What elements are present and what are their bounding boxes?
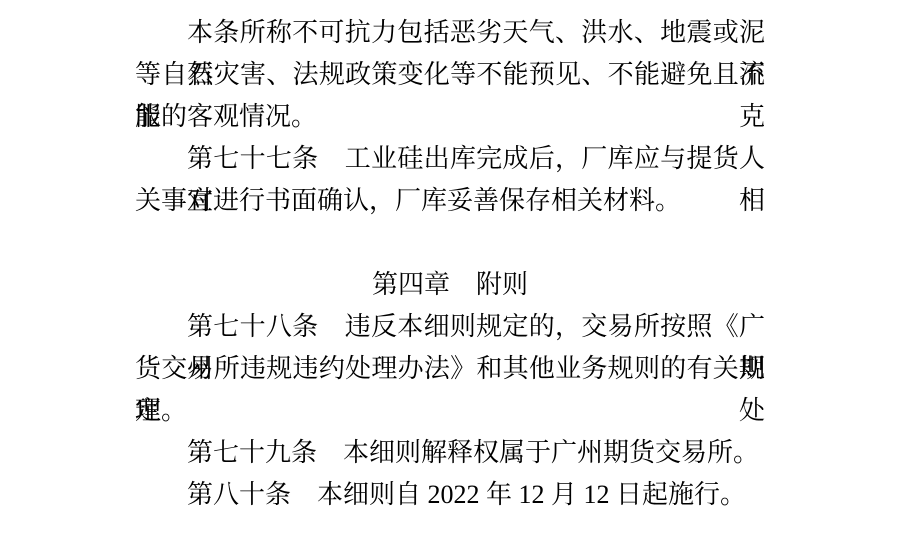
document-page: 本条所称不可抗力包括恶劣天气、洪水、地震或泥石流 等自然灾害、法规政策变化等不能… bbox=[0, 0, 900, 536]
article-78-line-2: 货交易所违规违约处理办法》和其他业务规则的有关规定处 bbox=[135, 348, 765, 390]
paragraph-force-majeure-line-1: 本条所称不可抗力包括恶劣天气、洪水、地震或泥石流 bbox=[135, 12, 765, 54]
chapter-heading: 第四章 附则 bbox=[135, 264, 765, 306]
article-78-line-1: 第七十八条 违反本细则规定的，交易所按照《广州期 bbox=[135, 306, 765, 348]
paragraph-force-majeure-line-2: 等自然灾害、法规政策变化等不能预见、不能避免且不能克 bbox=[135, 54, 765, 96]
article-77-line-1: 第七十七条 工业硅出库完成后，厂库应与提货人对相 bbox=[135, 138, 765, 180]
blank-line bbox=[135, 222, 765, 264]
article-77-line-2: 关事宜进行书面确认，厂库妥善保存相关材料。 bbox=[135, 180, 765, 222]
article-79-line: 第七十九条 本细则解释权属于广州期货交易所。 bbox=[135, 432, 765, 474]
document-body: 本条所称不可抗力包括恶劣天气、洪水、地震或泥石流 等自然灾害、法规政策变化等不能… bbox=[135, 12, 765, 516]
article-80-line: 第八十条 本细则自 2022 年 12 月 12 日起施行。 bbox=[135, 474, 765, 516]
